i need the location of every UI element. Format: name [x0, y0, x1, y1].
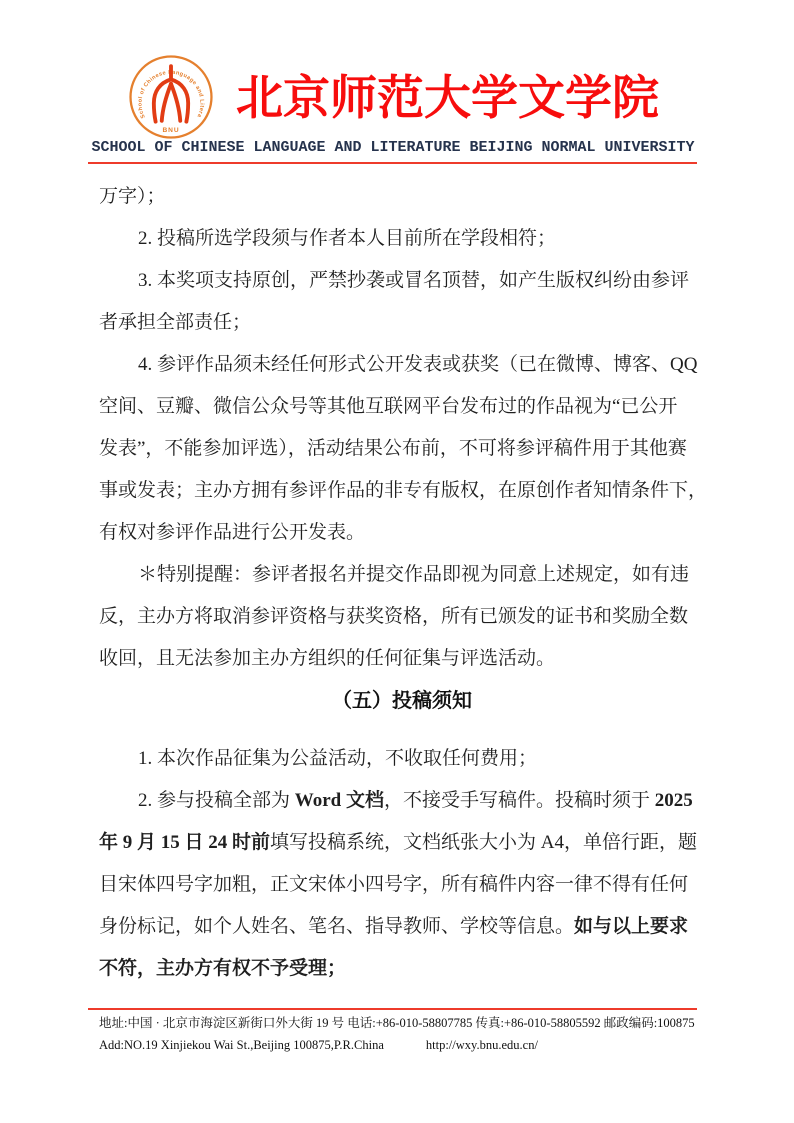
line-text: 1. 本次作品征集为公益活动，不收取任何费用； [138, 748, 537, 769]
line-text: 4. 参评作品须未经任何形式公开发表或获奖（已在微博、博客、QQ [138, 354, 697, 375]
paragraph-line: 万字）； [99, 176, 705, 218]
line-text: ，不接受手写稿件。投稿时须于 [384, 790, 655, 811]
page-footer: 地址:中国 · 北京市海淀区新街口外大街 19 号 电话:+86-010-588… [99, 1012, 705, 1056]
header-divider [88, 162, 697, 164]
footer-address-en: Add:NO.19 Xinjiekou Wai St.,Beijing 1008… [99, 1038, 384, 1052]
seal-bnu-text: BNU [163, 127, 180, 134]
line-text: 3. 本奖项支持原创，严禁抄袭或冒名顶替，如产生版权纠纷由参评 [138, 270, 689, 291]
footer-url: http://wxy.bnu.edu.cn/ [426, 1038, 538, 1052]
footer-line2: Add:NO.19 Xinjiekou Wai St.,Beijing 1008… [99, 1034, 705, 1056]
line-text: 发表”，不能参加评选），活动结果公布前，不可将参评稿件用于其他赛 [99, 438, 687, 459]
line-text: 填写投稿系统，文档纸张大小为 A4，单倍行距，题 [270, 832, 697, 853]
paragraph-line: 有权对参评作品进行公开发表。 [99, 512, 705, 554]
line-text-bold: Word 文档 [295, 790, 384, 811]
document-body: 万字）； 2. 投稿所选学段须与作者本人目前所在学段相符； 3. 本奖项支持原创… [99, 176, 705, 990]
paragraph-line: 者承担全部责任； [99, 302, 705, 344]
paragraph-line: 事或发表；主办方拥有参评作品的非专有版权，在原创作者知情条件下， [99, 470, 705, 512]
paragraph-line: 年 9 月 15 日 24 时前填写投稿系统，文档纸张大小为 A4，单倍行距，题 [99, 822, 705, 864]
line-text: 反，主办方将取消参评资格与获奖资格，所有已颁发的证书和奖励全数 [99, 606, 688, 627]
paragraph-line: 反，主办方将取消参评资格与获奖资格，所有已颁发的证书和奖励全数 [99, 596, 705, 638]
line-text: 者承担全部责任； [99, 312, 251, 333]
line-text: 身份标记，如个人姓名、笔名、指导教师、学校等信息。 [99, 916, 574, 937]
paragraph-line: 目宋体四号字加粗，正文宋体小四号字，所有稿件内容一律不得有任何 [99, 864, 705, 906]
paragraph-line: 空间、豆瓣、微信公众号等其他互联网平台发布过的作品视为“已公开 [99, 386, 705, 428]
bnu-seal-icon: School of Chinese Language and Literatur… [127, 53, 215, 141]
paragraph-line: 2. 参与投稿全部为 Word 文档，不接受手写稿件。投稿时须于 2025 [99, 780, 705, 822]
document-page: School of Chinese Language and Literatur… [0, 0, 794, 1123]
paragraph-line: 发表”，不能参加评选），活动结果公布前，不可将参评稿件用于其他赛 [99, 428, 705, 470]
paragraph-line: 1. 本次作品征集为公益活动，不收取任何费用； [99, 738, 705, 780]
line-text: ＊特别提醒：参评者报名并提交作品即视为同意上述规定，如有违 [138, 564, 689, 585]
paragraph-line: 不符，主办方有权不予受理； [99, 948, 705, 990]
line-text: 2. 参与投稿全部为 [138, 790, 295, 811]
line-text: 有权对参评作品进行公开发表。 [99, 522, 365, 543]
line-text-bold: 年 9 月 15 日 24 时前 [99, 832, 270, 853]
line-text: 收回，且无法参加主办方组织的任何征集与评选活动。 [99, 648, 555, 669]
footer-divider [88, 1008, 697, 1010]
paragraph-line: 2. 投稿所选学段须与作者本人目前所在学段相符； [99, 218, 705, 260]
line-text: 2. 投稿所选学段须与作者本人目前所在学段相符； [138, 228, 556, 249]
school-subtitle-en: SCHOOL OF CHINESE LANGUAGE AND LITERATUR… [88, 138, 698, 158]
paragraph-line: 4. 参评作品须未经任何形式公开发表或获奖（已在微博、博客、QQ [99, 344, 705, 386]
footer-address-cn: 地址:中国 · 北京市海淀区新街口外大街 19 号 电话:+86-010-588… [99, 1012, 705, 1034]
line-text-bold: 2025 [655, 790, 693, 811]
section-heading: （五）投稿须知 [99, 680, 705, 722]
paragraph-line: 收回，且无法参加主办方组织的任何征集与评选活动。 [99, 638, 705, 680]
paragraph-line: 身份标记，如个人姓名、笔名、指导教师、学校等信息。如与以上要求 [99, 906, 705, 948]
paragraph-line: ＊特别提醒：参评者报名并提交作品即视为同意上述规定，如有违 [99, 554, 705, 596]
line-text: 事或发表；主办方拥有参评作品的非专有版权，在原创作者知情条件下， [99, 480, 707, 501]
paragraph-line: 3. 本奖项支持原创，严禁抄袭或冒名顶替，如产生版权纠纷由参评 [99, 260, 705, 302]
line-text: 空间、豆瓣、微信公众号等其他互联网平台发布过的作品视为“已公开 [99, 396, 677, 417]
line-text-bold: 如与以上要求 [574, 916, 688, 937]
school-title-cn: 北京师范大学文学院 [236, 68, 676, 130]
line-text: 万字）； [99, 186, 166, 207]
line-text-bold: 不符，主办方有权不予受理； [99, 958, 346, 979]
line-text: 目宋体四号字加粗，正文宋体小四号字，所有稿件内容一律不得有任何 [99, 874, 688, 895]
